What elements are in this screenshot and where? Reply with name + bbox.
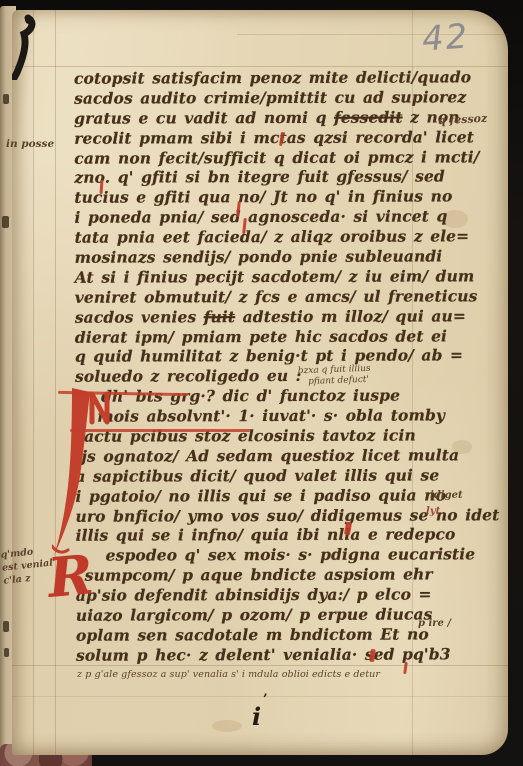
text-line-paragraph-start: dh' bts grg·? dic d' functoz iuspe bbox=[75, 386, 475, 407]
footer-gloss-line: z p g'ale gfessoz a sup' venalia s' i md… bbox=[77, 669, 380, 680]
manuscript-photo: 42 cotopsit satisfacim penoz mite delict… bbox=[0, 0, 523, 766]
quire-signature: i bbox=[252, 704, 261, 730]
ink-mark bbox=[12, 14, 40, 80]
text-line: gratus e cu vadit ad nomi q fessedit z n… bbox=[74, 107, 474, 128]
text-segment: sacdos venies bbox=[75, 307, 204, 326]
text-line: sacdos audito crimie/pmittit cu ad supio… bbox=[74, 87, 474, 108]
edge-ink-mark bbox=[3, 621, 9, 632]
text-line: i pgatoio/ no illis qui se i padiso quia… bbox=[75, 485, 475, 506]
text-segment: adtestio m illoz/ qui au= bbox=[235, 306, 466, 326]
text-line: illis qui se i infno/ quia ibi nlla e re… bbox=[76, 525, 476, 546]
text-line: i poneda pnia/ sed agnosceda· si vincet … bbox=[74, 207, 474, 228]
text-segment: gratus e cu vadit ad nomi q bbox=[74, 108, 334, 128]
text-block: cotopsit satisfacim penoz mite delicti/q… bbox=[74, 67, 476, 665]
text-line-paragraph-start: espodeo q' sex mois· s· pdigna eucaristi… bbox=[76, 545, 476, 566]
text-line: tucius e gfiti qua no/ Jt no q' in finiu… bbox=[74, 187, 474, 208]
rubric-accent bbox=[403, 662, 408, 674]
text-line: soluedo z recoligedo eu : bbox=[75, 366, 475, 387]
interlinear-gloss: bzxa q fuit illius pfiant defuct' bbox=[298, 364, 372, 389]
text-line: q quid humilitat z benig·t pt i pendo/ a… bbox=[75, 346, 475, 367]
rubric-underline bbox=[70, 429, 250, 432]
margin-note-right-mid-2: lyt bbox=[426, 506, 440, 517]
text-line: veniret obmutuit/ z fcs e amcs/ ul frene… bbox=[75, 286, 475, 307]
ruling-line-horizontal-bottom-2 bbox=[12, 696, 508, 697]
margin-note-right-top: q fessoz bbox=[438, 112, 488, 128]
folio-number: 42 bbox=[421, 16, 471, 59]
text-line: sumpcom/ p aque bndicte aspsiom ehr bbox=[76, 565, 476, 586]
text-line: ap'sio defendit abinsidijs dya:/ p elco … bbox=[76, 584, 476, 605]
text-line: uro bnficio/ ymo vos suo/ didigemus se n… bbox=[75, 505, 475, 526]
text-line: cam non fecit/sufficit q dicat oi pmcz i… bbox=[74, 147, 474, 168]
edge-ink-mark bbox=[4, 648, 9, 657]
ruling-line-vertical-left-outer bbox=[33, 10, 34, 755]
text-line: solum p hec· z delent' venialia· sed pq'… bbox=[76, 644, 476, 665]
red-initial-r: R bbox=[46, 546, 96, 606]
ruling-line-vertical-left-inner bbox=[55, 10, 56, 755]
text-line: zno. q' gfiti si bn itegre fuit gfessus/… bbox=[74, 167, 474, 188]
edge-ink-mark bbox=[2, 216, 9, 228]
text-line: a sapictibus dicit/ quod valet illis qui… bbox=[75, 465, 475, 486]
text-line: dierat ipm/ pmiam pete hic sacdos det ei bbox=[75, 326, 475, 347]
manuscript-page: 42 cotopsit satisfacim penoz mite delict… bbox=[12, 10, 508, 755]
text-line: recolit pmam sibi i mctas qzsi recorda' … bbox=[74, 127, 474, 148]
text-line: cotopsit satisfacim penoz mite delicti/q… bbox=[74, 67, 474, 88]
struck-word: fessedit bbox=[334, 107, 403, 126]
text-line: ijs ognatoz/ Ad sedam questioz licet mul… bbox=[75, 445, 475, 466]
quire-signature-tick: ’ bbox=[263, 692, 268, 707]
text-line: mois absolvnt'· 1· iuvat'· s· obla tomby bbox=[75, 405, 475, 426]
edge-ink-mark bbox=[3, 94, 9, 104]
text-line: At si i finius pecijt sacdotem/ z iu eim… bbox=[75, 266, 475, 287]
struck-word: fuit bbox=[204, 307, 235, 326]
text-line: sacdos venies fuit adtestio m illoz/ qui… bbox=[75, 306, 475, 327]
text-line: oplam sen sacdotale m bndictom Et no bbox=[76, 624, 476, 645]
text-line: mosinazs sendijs/ pondo pnie subleuandi bbox=[75, 246, 475, 267]
text-line: tata pnia eet facieda/ z aliqz oroibus z… bbox=[75, 226, 475, 247]
text-line: uiazo largicom/ p ozom/ p erpue diucas bbox=[76, 604, 476, 625]
margin-note-right-low: p ire / bbox=[418, 618, 451, 629]
margin-note-right-mid-1: idiget bbox=[430, 490, 463, 501]
red-initial-flourish bbox=[52, 386, 112, 558]
fox-spot bbox=[212, 720, 242, 732]
margin-note-left-top: in posse bbox=[6, 138, 54, 150]
